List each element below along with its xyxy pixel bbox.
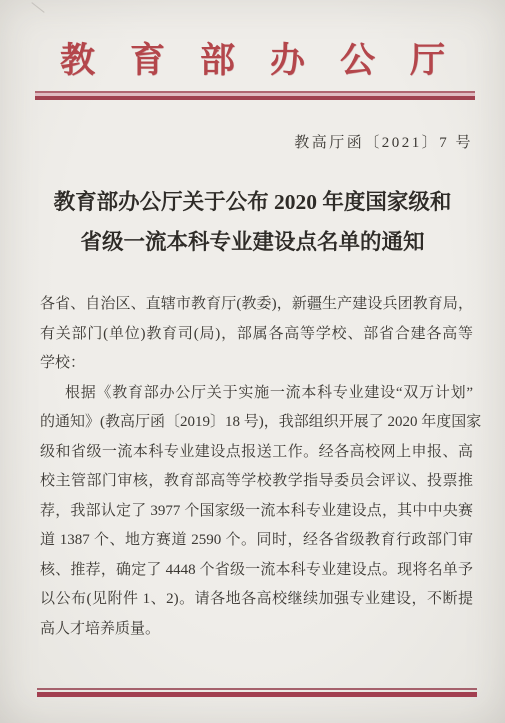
footer-divider-thick-rule [37,692,477,697]
issuing-agency-title: 教育部办公厅 [0,33,505,83]
body-line: 高人才培养质量。 [40,615,473,645]
body-line: 荐，我部认定了 3977 个国家级一流本科专业建设点，其中中央赛 [40,497,473,527]
body-line: 级和省级一流本科专业建设点报送工作。经各高校网上申报、高 [40,438,473,468]
document-reference-number: 教高厅函〔2021〕7 号 [294,131,473,152]
footer-divider-line [37,688,477,697]
body-line: 道 1387 个、地方赛道 2590 个。同时，经各省级教育行政部门审 [40,526,473,556]
body-line: 有关部门(单位)教育司(局)，部属各高等学校、部省合建各高等 [40,320,473,350]
header-divider-line [35,91,475,100]
scanned-document-page: 教育部办公厅 教高厅函〔2021〕7 号 教育部办公厅关于公布 2020 年度国… [0,0,505,723]
title-line-2: 省级一流本科专业建设点名单的通知 [0,222,505,262]
body-line: 根据《教育部办公厅关于实施一流本科专业建设“双万计划” [40,379,473,409]
body-line: 校主管部门审核，教育部高等学校教学指导委员会评议、投票推 [40,467,473,497]
body-line: 的通知》(教高厅函〔2019〕18 号)，我部组织开展了 2020 年度国家 [40,408,473,438]
document-title: 教育部办公厅关于公布 2020 年度国家级和 省级一流本科专业建设点名单的通知 [0,182,505,262]
body-line: 学校： [40,349,473,379]
title-line-1: 教育部办公厅关于公布 2020 年度国家级和 [0,182,505,222]
body-line: 各省、自治区、直辖市教育厅(教委)，新疆生产建设兵团教育局， [40,290,473,320]
body-line: 核、推荐，确定了 4448 个省级一流本科专业建设点。现将名单予 [40,556,473,586]
scan-artifact [31,2,44,13]
body-line: 以公布(见附件 1、2)。请各地各高校继续加强专业建设，不断提 [40,585,473,615]
footer-divider-thin-rule [37,688,477,690]
document-body: 各省、自治区、直辖市教育厅(教委)，新疆生产建设兵团教育局， 有关部门(单位)教… [40,290,473,644]
